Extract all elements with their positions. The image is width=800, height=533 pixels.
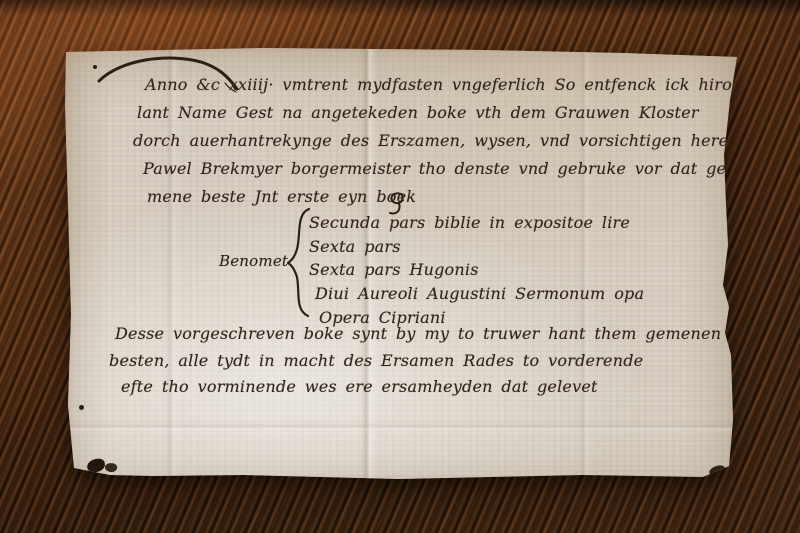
manuscript-line: Pawel Brekmyer borgermeister tho denste …	[143, 159, 732, 179]
ink-blot	[86, 458, 106, 473]
list-label: Benomet	[219, 251, 288, 271]
ink-speck	[79, 405, 84, 410]
book-list-item: Sexta pars Hugonis	[309, 260, 479, 280]
manuscript-line: efte tho vorminende wes ere ersamheyden …	[121, 377, 598, 397]
manuscript-line: dorch auerhantrekynge des Erszamen, wyse…	[133, 131, 739, 151]
manuscript-line: Anno &c xxiiij· vmtrent mydfasten vngefe…	[145, 75, 732, 95]
manuscript-line: lant Name Gest na angetekeden boke vth d…	[137, 103, 699, 123]
ink-speck	[93, 65, 97, 69]
ink-blot	[104, 462, 118, 473]
manuscript-photo-area: Anno &c xxiiij· vmtrent mydfasten vngefe…	[63, 45, 739, 482]
manuscript-line: besten, alle tydt in macht des Ersamen R…	[109, 351, 643, 371]
book-list-item: Secunda pars biblie in expositoe lire	[309, 213, 630, 233]
book-list-item: Diui Aureoli Augustini Sermonum opa	[315, 284, 644, 304]
horizontal-fold-crease	[63, 420, 739, 434]
ink-blot	[708, 464, 726, 477]
manuscript-line: Desse vorgeschreven boke synt by my to t…	[115, 324, 721, 344]
manuscript-paper: Anno &c xxiiij· vmtrent mydfasten vngefe…	[63, 45, 739, 482]
manuscript-line: mene beste Jnt erste eyn boek	[147, 187, 416, 207]
book-list-item: Sexta pars	[309, 237, 401, 257]
